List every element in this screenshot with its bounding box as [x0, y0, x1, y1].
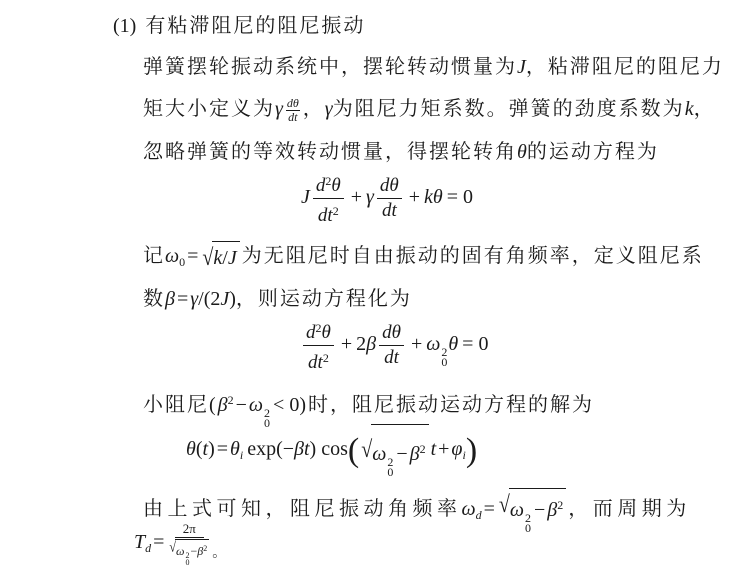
sqrt-omega0sq-minus-betasq: √ω20−β2: [499, 488, 566, 533]
superscript-two: 2: [420, 442, 426, 456]
math-variable-omega: ω: [372, 443, 386, 465]
math-variable-gamma: γ: [275, 98, 283, 120]
para3-line1: 小阻尼(β2−ω20< 0)时，阻尼振动运动方程的解为: [143, 385, 594, 428]
radical-sign: √: [202, 241, 213, 276]
math-variable-beta: β: [366, 333, 376, 355]
text-run: 为阻尼力矩系数。弹簧的劲度系数为: [333, 98, 685, 120]
math-variable-k: k: [424, 186, 433, 208]
operator-minus: −: [236, 394, 247, 416]
coefficient-two: 2: [356, 333, 366, 355]
superscript-two: 2: [228, 393, 234, 407]
omega-sup-sub: 20: [525, 513, 531, 533]
math-variable-beta: β: [218, 394, 228, 416]
subscript-zero: 0: [387, 467, 393, 477]
math-variable-d: d: [316, 175, 326, 196]
fraction-d2theta-dt2: d2θdt2: [313, 170, 344, 227]
fraction-denominator: dt: [382, 199, 397, 222]
math-variable-omega: ω: [165, 245, 179, 267]
operator-equals: =: [153, 531, 164, 553]
superscript-two: 2: [203, 544, 207, 553]
text-run: 小阻尼(: [143, 394, 218, 416]
omega-sup-sub: 20: [441, 347, 447, 367]
item-number: (1): [113, 15, 136, 37]
text-run: ，粘滞阻尼的阻尼力: [526, 56, 724, 78]
math-variable-gamma: γ: [366, 186, 374, 208]
equation-normalized: d2θdt2+2βdθdt+ω20θ= 0: [300, 317, 492, 374]
radicand: ω20−β2: [509, 488, 566, 533]
slash-paren-two: /(2: [198, 288, 220, 310]
math-variable-phi: φ: [451, 438, 462, 460]
sqrt-omega0sq-minus-betasq: √ω20−β2: [169, 539, 209, 566]
close-paren: ): [208, 438, 215, 460]
math-variable-omega: ω: [462, 498, 476, 520]
text-run: 数: [143, 288, 165, 310]
operator-plus: +: [411, 333, 422, 355]
document-page: (1)有粘滞阻尼的阻尼振动 弹簧摆轮振动系统中，摆轮转动惯量为J，粘滞阻尼的阻尼…: [0, 0, 756, 583]
fraction-numerator: dθ: [379, 322, 404, 346]
para2-line2: 数β=γ/(2J)，则运动方程化为: [143, 284, 412, 314]
fraction-denominator: dt2: [308, 346, 329, 374]
fraction-denominator: dt: [384, 346, 399, 369]
text-run: 矩大小定义为: [143, 98, 275, 120]
math-variable-theta: θ: [448, 333, 458, 355]
math-variable-beta: β: [410, 443, 420, 465]
operator-plus: +: [409, 186, 420, 208]
fraction-denominator: dt: [288, 111, 297, 124]
math-variable-dt: dt: [308, 352, 323, 373]
text-run: 为无阻尼时自由振动的固有角频率，定义阻尼系: [242, 245, 704, 267]
cos-label: ) cos: [310, 438, 348, 460]
big-right-paren: ): [466, 432, 477, 469]
math-variable-beta: β: [547, 499, 557, 521]
fraction-d2theta-dt2: d2θdt2: [303, 317, 334, 374]
subscript-i: i: [240, 448, 243, 462]
subscript-d: d: [145, 541, 151, 555]
text-run: 弹簧摆轮振动系统中，摆轮转动惯量为: [143, 56, 517, 78]
superscript-two: 2: [557, 498, 563, 512]
math-variable-J: J: [228, 247, 237, 269]
operator-minus: −: [396, 443, 407, 465]
math-variable-omega: ω: [176, 544, 184, 558]
fraction-numerator: dθ: [286, 97, 300, 111]
exponent: 2: [333, 204, 339, 218]
math-variable-omega: ω: [249, 394, 263, 416]
para2-line1: 记ω0=√k/J为无阻尼时自由振动的固有角频率，定义阻尼系: [143, 241, 704, 277]
math-variable-d: d: [306, 322, 316, 343]
math-variable-beta: β: [165, 288, 175, 310]
omega-sup-sub: 20: [185, 552, 189, 566]
math-variable-theta: θ: [331, 175, 340, 196]
subscript-zero: 0: [179, 255, 185, 269]
omega-sup-sub: 20: [387, 457, 393, 477]
text-run: ，而周期为: [568, 498, 691, 520]
fraction-numerator: d2θ: [313, 170, 344, 199]
sentence-period: 。: [212, 546, 226, 561]
radicand: ω20−β2: [175, 539, 209, 566]
fraction-period: 2π√ω20−β2: [168, 521, 210, 566]
fraction-numerator: dθ: [377, 175, 402, 199]
math-variable-J: J: [220, 288, 229, 310]
text-run: ，则运动方程化为: [236, 288, 412, 310]
para4-line2: Td=2π√ω20−β2。: [134, 521, 226, 573]
math-variable-theta: θ: [433, 186, 443, 208]
subscript-zero: 0: [441, 357, 447, 367]
para1-line1: 弹簧摆轮振动系统中，摆轮转动惯量为J，粘滞阻尼的阻尼力: [143, 52, 724, 82]
operator-equals: =: [484, 498, 495, 520]
radical-sign: √: [169, 539, 176, 557]
fraction-dtheta-dt: dθdt: [377, 175, 402, 222]
math-variable-J: J: [517, 56, 526, 78]
text-run: 时，阻尼振动运动方程的解为: [308, 394, 594, 416]
subscript-zero: 0: [185, 559, 189, 566]
text-run: ，: [694, 98, 716, 120]
subscript-d: d: [476, 508, 482, 522]
equation-motion: Jd2θdt2+γdθdt+kθ= 0: [301, 170, 477, 227]
equals-zero: = 0: [447, 186, 473, 208]
math-variable-k: k: [213, 247, 222, 269]
text-run: 由上式可知，阻尼振动角频率: [143, 498, 462, 520]
section-title: 有粘滞阻尼的阻尼振动: [145, 15, 365, 37]
operator-equals: =: [177, 288, 188, 310]
close-paren: ): [229, 288, 236, 310]
math-variable-theta: θ: [186, 438, 196, 460]
open-paren: (: [196, 438, 203, 460]
operator-equals: =: [187, 245, 198, 267]
fraction-dtheta-dt: dθdt: [379, 322, 404, 369]
math-variable-T: T: [134, 531, 145, 553]
text-run: ，: [303, 98, 325, 120]
operator-equals: =: [217, 438, 228, 460]
math-variable-t: t: [431, 438, 437, 460]
text-run: 记: [143, 245, 165, 267]
math-variable-gamma: γ: [325, 98, 333, 120]
big-left-paren: (: [348, 432, 359, 469]
radical-sign: √: [361, 423, 372, 477]
exp-open: exp(−: [247, 438, 294, 460]
fraction-numerator: d2θ: [303, 317, 334, 346]
math-variable-omega: ω: [510, 499, 524, 521]
para1-line2: 矩大小定义为γdθdt，γ为阻尼力矩系数。弹簧的劲度系数为k，: [143, 94, 716, 124]
math-variable-theta: θ: [322, 322, 331, 343]
math-variable-gamma: γ: [190, 288, 198, 310]
less-than-zero: < 0): [273, 394, 306, 416]
para1-line3: 忽略弹簧的等效转动惯量，得摆轮转角θ的运动方程为: [143, 137, 659, 167]
math-variable-theta: θ: [517, 141, 527, 163]
fraction-denominator: √ω20−β2: [168, 538, 210, 566]
fraction-dtheta-dt: dθdt: [286, 97, 300, 124]
math-variable-dt: dt: [318, 205, 333, 226]
math-variable-beta: β: [294, 438, 304, 460]
sqrt-k-over-J: √k/J: [202, 241, 239, 273]
operator-plus: +: [351, 186, 362, 208]
exponent: 2: [323, 351, 329, 365]
radicand: k/J: [212, 241, 239, 273]
equals-zero: = 0: [462, 333, 488, 355]
operator-plus: +: [438, 438, 449, 460]
subscript-zero: 0: [525, 523, 531, 533]
radicand: ω20−β2: [371, 424, 428, 477]
text-run: 忽略弹簧的等效转动惯量，得摆轮转角: [143, 141, 517, 163]
operator-minus: −: [534, 499, 545, 521]
operator-plus: +: [341, 333, 352, 355]
math-variable-k: k: [685, 98, 694, 120]
fraction-numerator: 2π: [175, 521, 204, 538]
radical-sign: √: [499, 487, 510, 522]
sqrt-omega0sq-minus-betasq: √ω20−β2: [361, 424, 428, 477]
text-run: 的运动方程为: [527, 141, 659, 163]
section-heading: (1)有粘滞阻尼的阻尼振动: [113, 11, 365, 41]
math-variable-theta: θ: [230, 438, 240, 460]
equation-solution: θ(t)=θiexp(−βt) cos(√ω20−β2t+φi): [186, 424, 477, 478]
fraction-denominator: dt2: [318, 199, 339, 227]
math-variable-J: J: [301, 186, 310, 208]
math-variable-omega: ω: [426, 333, 440, 355]
